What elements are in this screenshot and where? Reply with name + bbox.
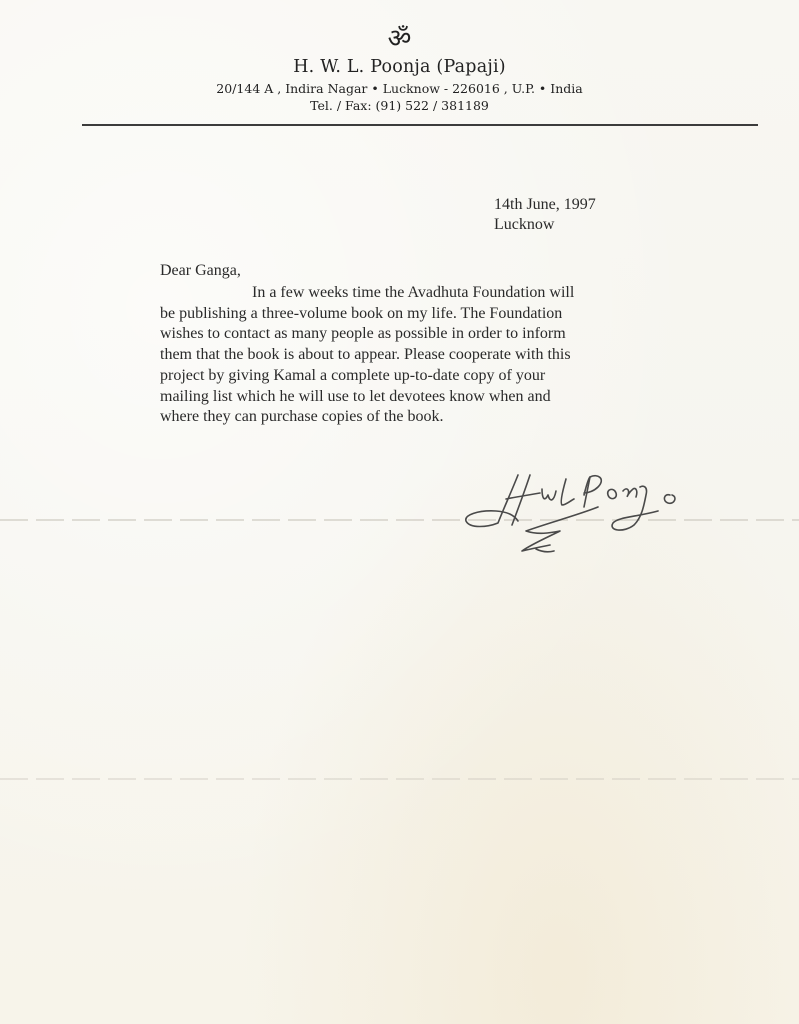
om-icon: ॐ	[0, 26, 799, 54]
letterhead-name: H. W. L. Poonja (Papaji)	[0, 57, 799, 77]
letter-date: 14th June, 1997	[494, 195, 596, 215]
letter-body: In a few weeks time the Avadhuta Foundat…	[160, 283, 640, 428]
letterhead-phone: Tel. / Fax: (91) 522 / 381189	[0, 98, 799, 113]
signature-icon	[458, 465, 708, 575]
letterhead-address: 20/144 A , Indira Nagar • Lucknow - 2260…	[0, 81, 799, 96]
body-line: mailing list which he will use to let de…	[160, 387, 640, 408]
body-line: them that the book is about to appear. P…	[160, 345, 640, 366]
body-line: wishes to contact as many people as poss…	[160, 324, 640, 345]
date-block: 14th June, 1997 Lucknow	[494, 195, 596, 235]
salutation: Dear Ganga,	[160, 262, 241, 280]
body-line: project by giving Kamal a complete up-to…	[160, 366, 640, 387]
letter-place: Lucknow	[494, 215, 596, 235]
body-line: be publishing a three-volume book on my …	[160, 304, 640, 325]
body-line: where they can purchase copies of the bo…	[160, 407, 640, 428]
letterhead-divider	[82, 124, 758, 126]
fold-crease	[0, 778, 799, 780]
body-line: In a few weeks time the Avadhuta Foundat…	[160, 283, 640, 304]
letterhead: ॐ H. W. L. Poonja (Papaji) 20/144 A , In…	[0, 26, 799, 113]
letter-page: ॐ H. W. L. Poonja (Papaji) 20/144 A , In…	[0, 0, 799, 1024]
